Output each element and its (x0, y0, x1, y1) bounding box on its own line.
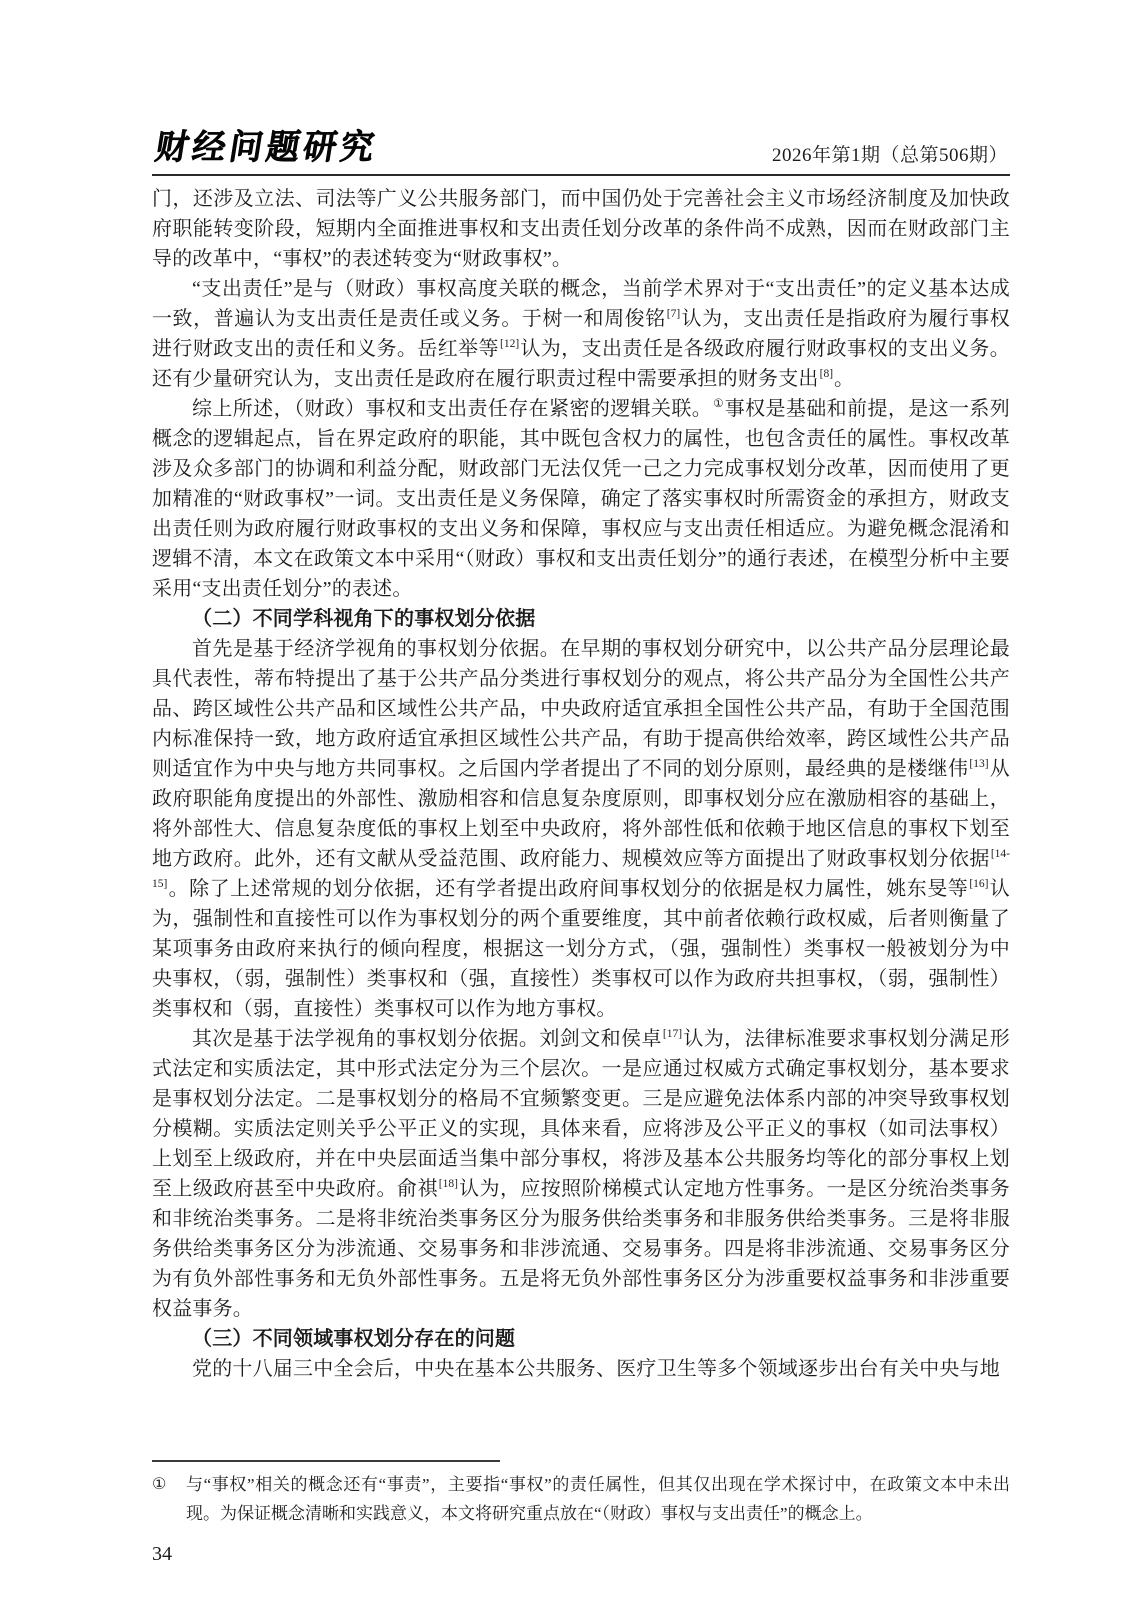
footnote: ① 与“事权”相关的概念还有“事责”，主要指“事权”的责任属性，但其仅出现在学术… (152, 1470, 1010, 1528)
paragraph: 门，还涉及立法、司法等广义公共服务部门，而中国仍处于完善社会主义市场经济制度及加… (152, 184, 1010, 274)
citation-ref: [16] (969, 878, 988, 890)
footnote-text: 与“事权”相关的概念还有“事责”，主要指“事权”的责任属性，但其仅出现在学术探讨… (186, 1470, 1010, 1528)
header-divider (152, 174, 1010, 176)
paragraph: 首先是基于经济学视角的事权划分依据。在早期的事权划分研究中，以公共产品分层理论最… (152, 634, 1010, 1024)
section-heading: （三）不同领域事权划分存在的问题 (152, 1324, 1010, 1354)
citation-ref: [17] (663, 1028, 682, 1040)
citation-ref: [12] (500, 338, 519, 350)
footnote-marker: ① (152, 1470, 186, 1499)
paragraph: “支出责任”是与（财政）事权高度关联的概念，当前学术界对于“支出责任”的定义基本… (152, 274, 1010, 394)
paragraph: 综上所述，（财政）事权和支出责任存在紧密的逻辑关联。①事权是基础和前提，是这一系… (152, 394, 1010, 604)
footnote-ref: ① (713, 398, 724, 410)
journal-logo: 财经问题研究 (152, 120, 382, 169)
citation-ref: [8] (820, 368, 833, 380)
citation-ref: [13] (969, 758, 988, 770)
issue-info: 2026年第1期（总第506期） (772, 140, 1008, 169)
footnote-divider (152, 1460, 500, 1462)
paragraph: 其次是基于法学视角的事权划分依据。刘剑文和侯卓[17]认为，法律标准要求事权划分… (152, 1024, 1010, 1324)
citation-ref: [7] (667, 308, 680, 320)
journal-page: 财经问题研究 2026年第1期（总第506期） 门，还涉及立法、司法等广义公共服… (0, 0, 1140, 1600)
citation-ref: [14-15] (152, 848, 1010, 890)
page-number: 34 (152, 1543, 172, 1566)
section-heading: （二）不同学科视角下的事权划分依据 (152, 604, 1010, 634)
paragraph: 党的十八届三中全会后，中央在基本公共服务、医疗卫生等多个领域逐步出台有关中央与地 (152, 1354, 1010, 1384)
page-header: 财经问题研究 2026年第1期（总第506期） (152, 122, 1008, 169)
article-body: 门，还涉及立法、司法等广义公共服务部门，而中国仍处于完善社会主义市场经济制度及加… (152, 184, 1010, 1384)
citation-ref: [18] (439, 1178, 458, 1190)
